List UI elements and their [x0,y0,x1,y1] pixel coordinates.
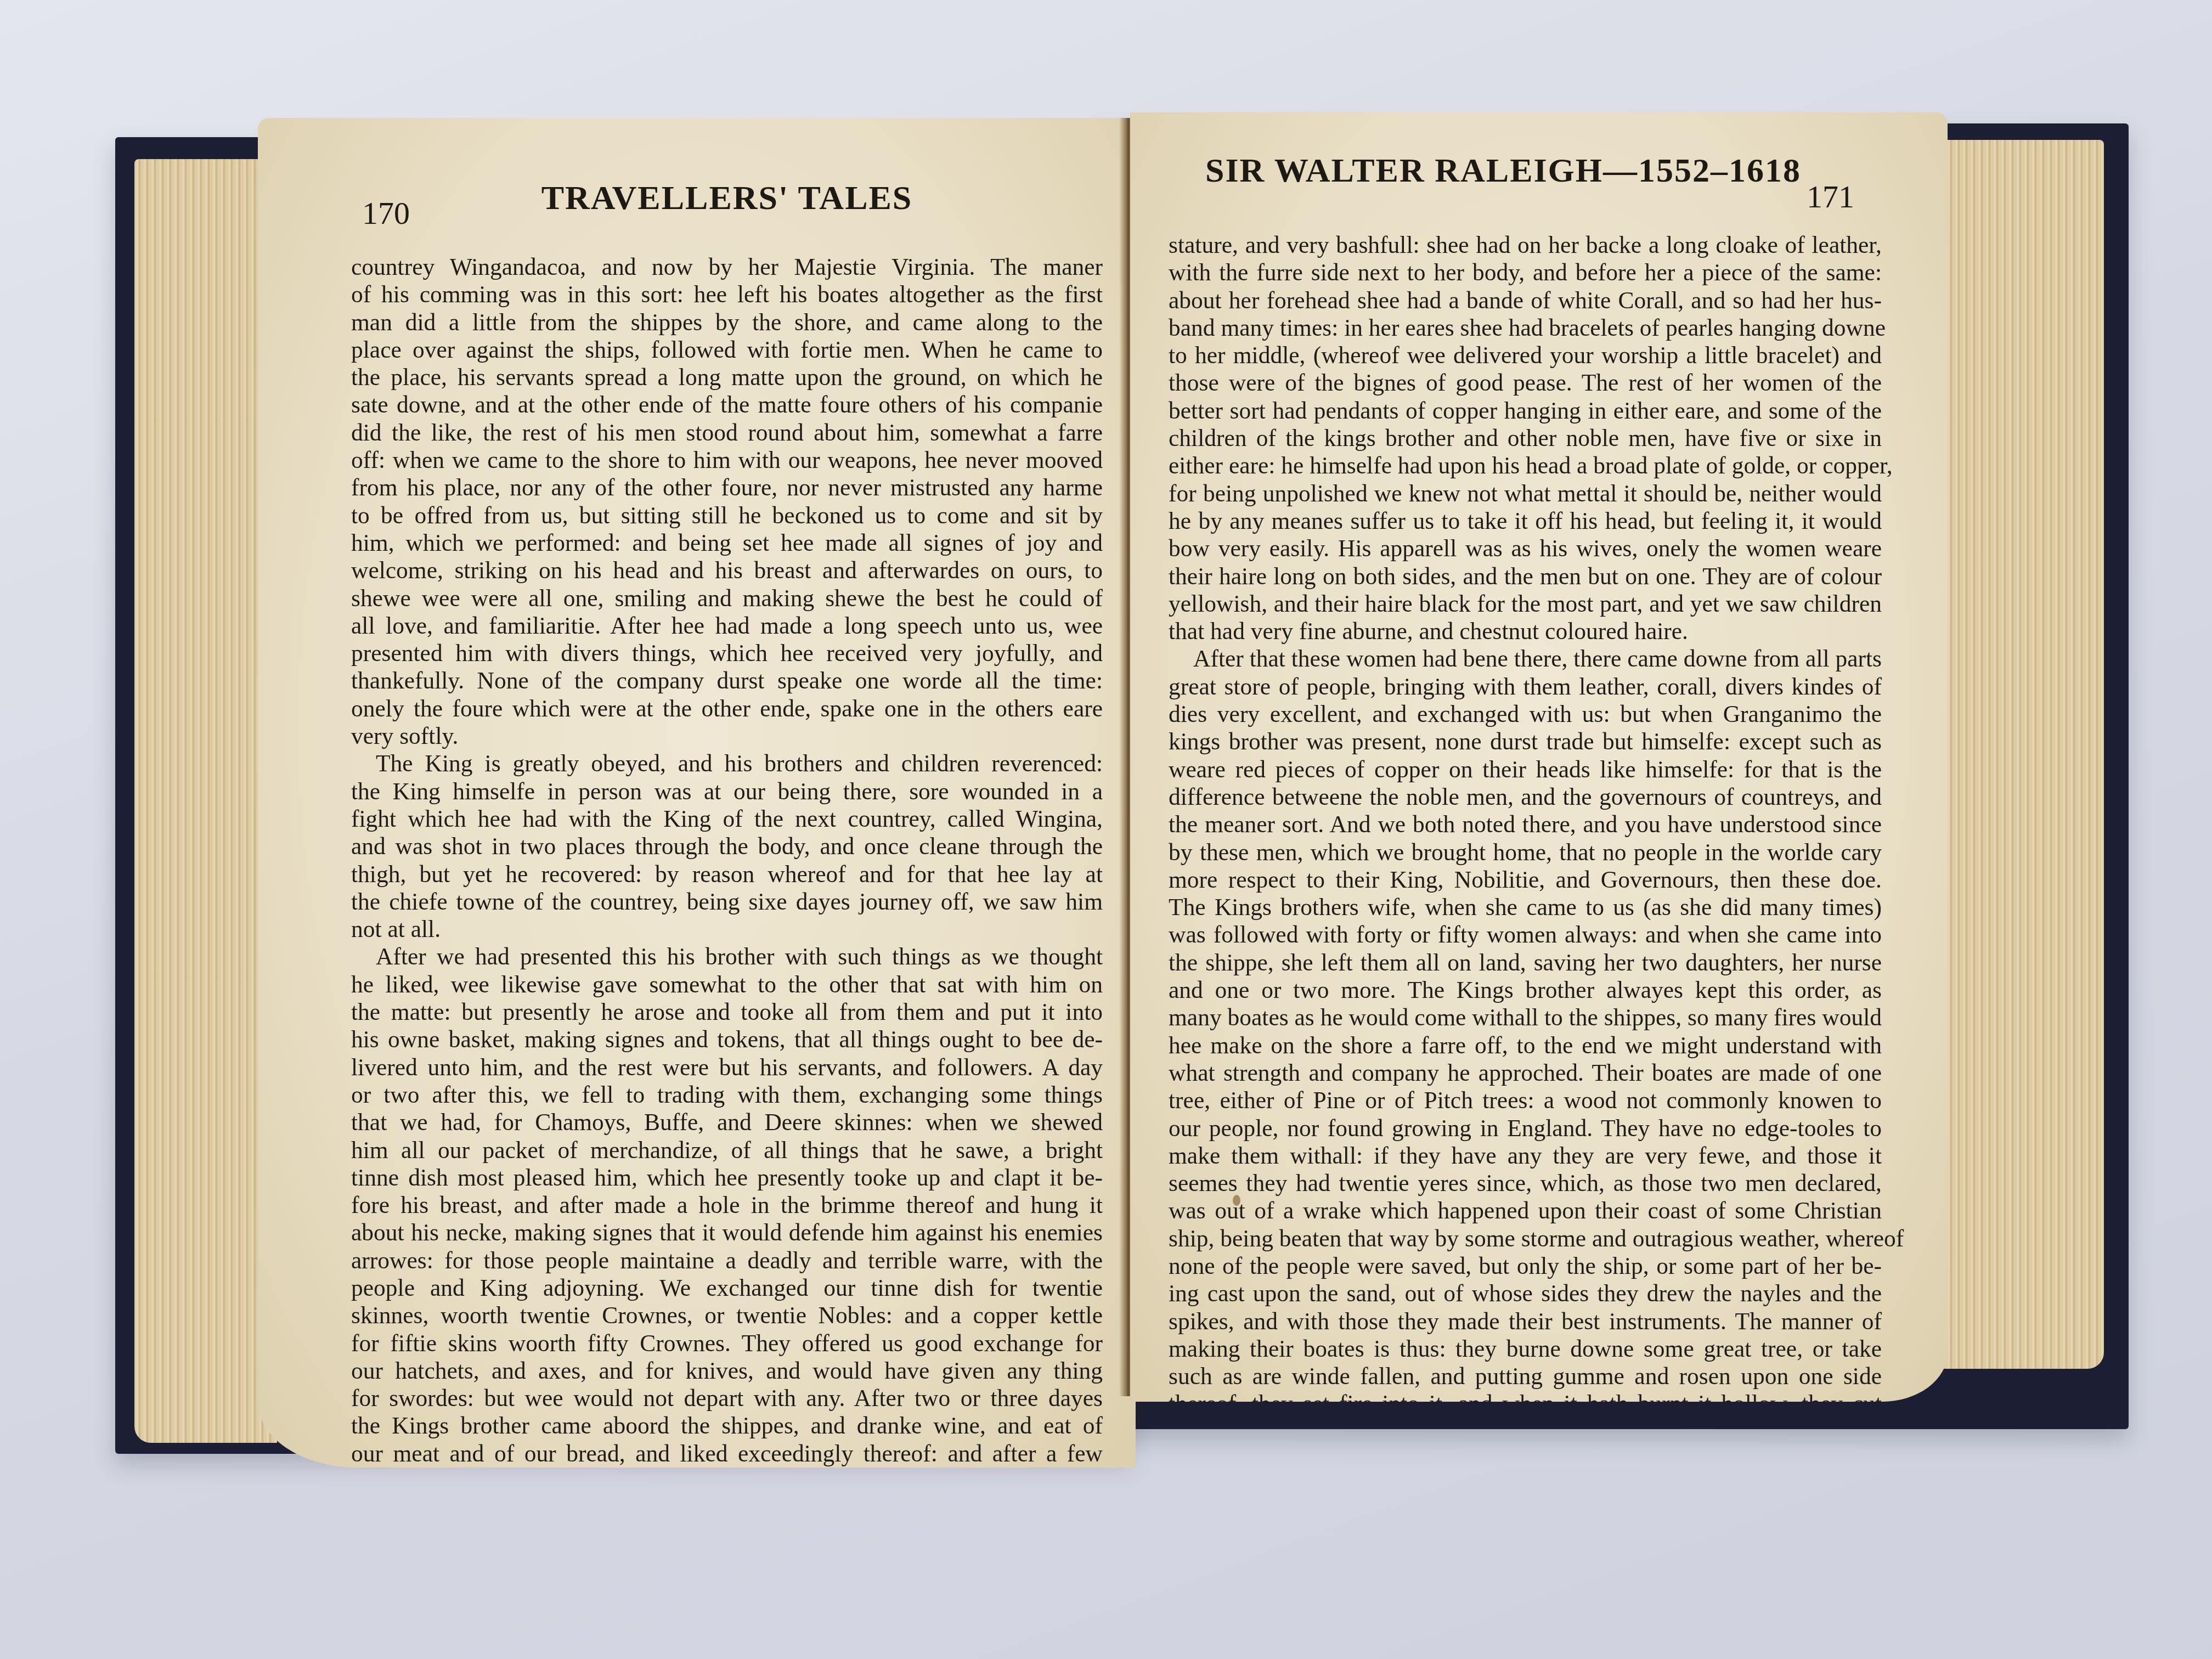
text-line: to be offred from us, but sitting still … [351,502,1103,529]
paragraph: After that these women had bene there, t… [1169,645,1882,1402]
text-line: for being unpolished we knew not what me… [1169,480,1882,507]
text-line: the King himselfe in person was at our b… [351,778,1103,805]
text-line: the place, his servants spread a long ma… [351,364,1103,391]
left-page: 170 TRAVELLERS' TALES countrey Wingandac… [258,118,1136,1468]
text-line: ship, being beaten that way by some stor… [1169,1225,1882,1252]
text-line: was followed with forty or fifty women a… [1169,921,1882,949]
text-line: not at all. [351,916,1103,943]
text-line: about his necke, making signes that it w… [351,1219,1103,1246]
text-line: welcome, striking on his head and his br… [351,557,1103,584]
text-line: to her middle, (whereof wee delivered yo… [1169,342,1882,369]
text-line: off: when we came to the shore to him wi… [351,447,1103,474]
text-line: many boates as he would come withall to … [1169,1004,1882,1031]
text-line: from his place, nor any of the other fou… [351,474,1103,501]
text-line: all love, and familiaritie. After hee ha… [351,612,1103,640]
text-line: by these men, which we brought home, tha… [1169,839,1882,866]
text-line: tinne dish most pleased him, which hee p… [351,1164,1103,1192]
text-line: that we had, for Chamoys, Buffe, and Dee… [351,1109,1103,1136]
text-line: kings brother was present, none durst tr… [1169,728,1882,755]
text-line: our meat and of our bread, and liked exc… [351,1440,1103,1468]
text-line: great store of people, bringing with the… [1169,673,1882,701]
text-line: livered unto him, and the rest were but … [351,1054,1103,1081]
paragraph: The King is greatly obeyed, and his brot… [351,750,1103,943]
text-line: none of the people were saved, but only … [1169,1252,1882,1280]
text-line: bow very easily. His apparell was as his… [1169,535,1882,562]
text-line: thigh, but yet he recovered: by reason w… [351,861,1103,888]
text-line: the Kings brother came aboord the shippe… [351,1412,1103,1440]
text-line: shewe wee were all one, smiling and maki… [351,585,1103,612]
text-line: of his comming was in this sort: hee lef… [351,281,1103,308]
text-line: skinnes, woorth twentie Crownes, or twen… [351,1302,1103,1329]
text-line: very softly. [351,723,1103,750]
text-line: dies very excellent, and exchanged with … [1169,701,1882,728]
text-line: spikes, and with those they made their b… [1169,1308,1882,1335]
text-line: either eare: he himselfe had upon his he… [1169,452,1882,479]
page-body: countrey Wingandacoa, and now by her Maj… [351,253,1103,1468]
text-line: seemes they had twentie yeres since, whi… [1169,1170,1882,1197]
text-line: children of the kings brother and other … [1169,425,1882,452]
text-line: thereof, they set fire into it, and when… [1169,1390,1882,1402]
right-page: SIR WALTER RALEIGH—1552–1618 171 stature… [1130,112,1948,1402]
page-stack-left [134,159,277,1443]
page-stack-right [1923,140,2104,1369]
paper-stain [1233,1195,1240,1206]
text-line: what strength and company he approched. … [1169,1059,1882,1087]
text-line: his owne basket, making signes and token… [351,1026,1103,1053]
text-line: people and King adjoyning. We exchanged … [351,1274,1103,1302]
text-line: and one or two more. The Kings brother a… [1169,977,1882,1004]
text-line: man did a little from the shippes by the… [351,309,1103,336]
text-line: ing cast upon the sand, out of whose sid… [1169,1280,1882,1307]
text-line: their haire long on both sides, and the … [1169,563,1882,590]
text-line: him, which we performed: and being set h… [351,529,1103,557]
running-head: SIR WALTER RALEIGH—1552–1618 [1169,134,1882,188]
text-line: fight which hee had with the King of the… [351,805,1103,833]
text-line: he liked, wee likewise gave somewhat to … [351,971,1103,998]
text-line: that had very fine aburne, and chestnut … [1169,618,1882,645]
text-line: thankefully. None of the company durst s… [351,667,1103,695]
text-line: stature, and very bashfull: shee had on … [1169,232,1882,259]
text-line: was out of a wrake which happened upon t… [1169,1197,1882,1224]
text-line: arrowes: for those people maintaine a de… [351,1247,1103,1274]
page-body: stature, and very bashfull: shee had on … [1169,232,1882,1402]
page-number: 170 [362,195,410,232]
text-line: those were of the bignes of good pease. … [1169,369,1882,397]
text-line: The Kings brothers wife, when she came t… [1169,894,1882,921]
text-line: our hatchets, and axes, and for knives, … [351,1357,1103,1385]
text-line: did the like, the rest of his men stood … [351,419,1103,447]
text-line: or two after this, we fell to trading wi… [351,1081,1103,1109]
text-line: tree, either of Pine or of Pitch trees: … [1169,1087,1882,1114]
text-line: making their boates is thus: they burne … [1169,1335,1882,1363]
text-line: difference betweene the noble men, and t… [1169,783,1882,811]
text-line: the matte: but presently he arose and to… [351,998,1103,1026]
text-line: make them withall: if they have any they… [1169,1142,1882,1170]
text-line: the shippe, she left them all on land, s… [1169,949,1882,977]
text-line: hee make on the shore a farre off, to th… [1169,1032,1882,1059]
text-line: place over against the ships, followed w… [351,336,1103,364]
text-line: the meaner sort. And we both noted there… [1169,811,1882,838]
text-line: The King is greatly obeyed, and his brot… [351,750,1103,777]
text-line: for swordes: but wee would not depart wi… [351,1385,1103,1412]
text-line: more respect to their King, Nobilitie, a… [1169,866,1882,894]
text-line: he by any meanes suffer us to take it of… [1169,507,1882,535]
photo-scene: 170 TRAVELLERS' TALES countrey Wingandac… [0,0,2212,1659]
text-line: After we had presented this his brother … [351,943,1103,970]
page-number: 171 [1807,178,1854,215]
text-line: the chiefe towne of the countrey, being … [351,888,1103,916]
paragraph: After we had presented this his brother … [351,943,1103,1468]
text-line: better sort had pendants of copper hangi… [1169,397,1882,425]
text-line: onely the foure which were at the other … [351,695,1103,723]
text-line: for fiftie skins woorth fifty Crownes. T… [351,1330,1103,1357]
text-line: and was shot in two places through the b… [351,833,1103,860]
text-line: presented him with divers things, which … [351,640,1103,667]
text-line: such as are winde fallen, and putting gu… [1169,1363,1882,1390]
running-head: TRAVELLERS' TALES [351,151,1103,215]
text-line: countrey Wingandacoa, and now by her Maj… [351,253,1103,281]
text-line: band many times: in her eares shee had b… [1169,314,1882,342]
text-line: sate downe, and at the other ende of the… [351,391,1103,419]
text-line: about her forehead shee had a bande of w… [1169,287,1882,314]
text-line: our people, nor found growing in England… [1169,1115,1882,1142]
paragraph: countrey Wingandacoa, and now by her Maj… [351,253,1103,750]
text-line: him all our packet of merchandize, of al… [351,1137,1103,1164]
text-line: weare red pieces of copper on their head… [1169,756,1882,783]
paragraph: stature, and very bashfull: shee had on … [1169,232,1882,645]
text-line: yellowish, and their haire black for the… [1169,590,1882,618]
text-line: After that these women had bene there, t… [1169,645,1882,673]
text-line: with the furre side next to her body, an… [1169,259,1882,286]
text-line: fore his breast, and after made a hole i… [351,1192,1103,1219]
